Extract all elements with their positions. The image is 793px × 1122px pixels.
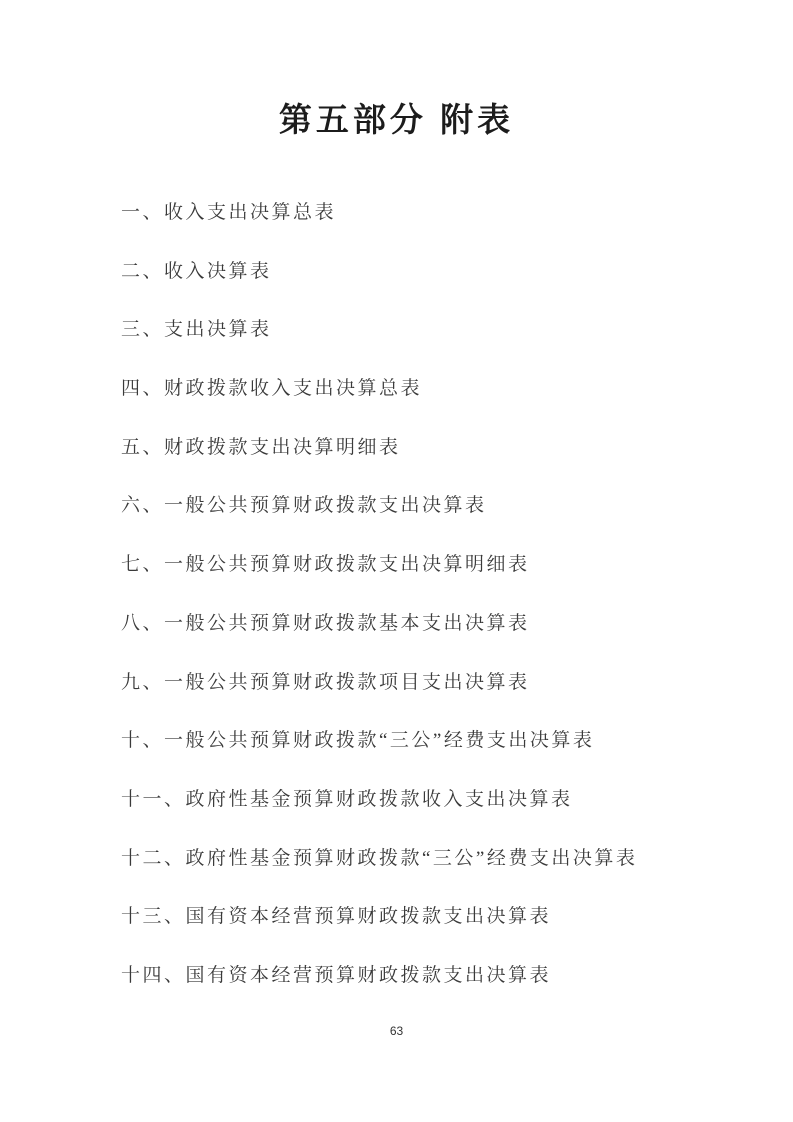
list-item: 二、收入决算表: [121, 261, 733, 320]
page-title: 第五部分 附表: [0, 94, 793, 141]
list-item: 十四、国有资本经营预算财政拨款支出决算表: [121, 965, 733, 1024]
list-item: 十二、政府性基金预算财政拨款“三公”经费支出决算表: [121, 848, 733, 907]
list-item: 八、一般公共预算财政拨款基本支出决算表: [121, 613, 733, 672]
document-page: 第五部分 附表 一、收入支出决算总表 二、收入决算表 三、支出决算表 四、财政拨…: [0, 0, 793, 1122]
list-item: 三、支出决算表: [121, 319, 733, 378]
list-item: 九、一般公共预算财政拨款项目支出决算表: [121, 672, 733, 731]
list-item: 四、财政拨款收入支出决算总表: [121, 378, 733, 437]
list-item: 十三、国有资本经营预算财政拨款支出决算表: [121, 906, 733, 965]
list-item: 一、收入支出决算总表: [121, 202, 733, 261]
list-item: 七、一般公共预算财政拨款支出决算明细表: [121, 554, 733, 613]
list-item: 十、一般公共预算财政拨款“三公”经费支出决算表: [121, 730, 733, 789]
list-item: 六、一般公共预算财政拨款支出决算表: [121, 495, 733, 554]
list-item: 十一、政府性基金预算财政拨款收入支出决算表: [121, 789, 733, 848]
attachment-table-list: 一、收入支出决算总表 二、收入决算表 三、支出决算表 四、财政拨款收入支出决算总…: [121, 202, 733, 1024]
page-number: 63: [0, 1024, 793, 1038]
list-item: 五、财政拨款支出决算明细表: [121, 437, 733, 496]
